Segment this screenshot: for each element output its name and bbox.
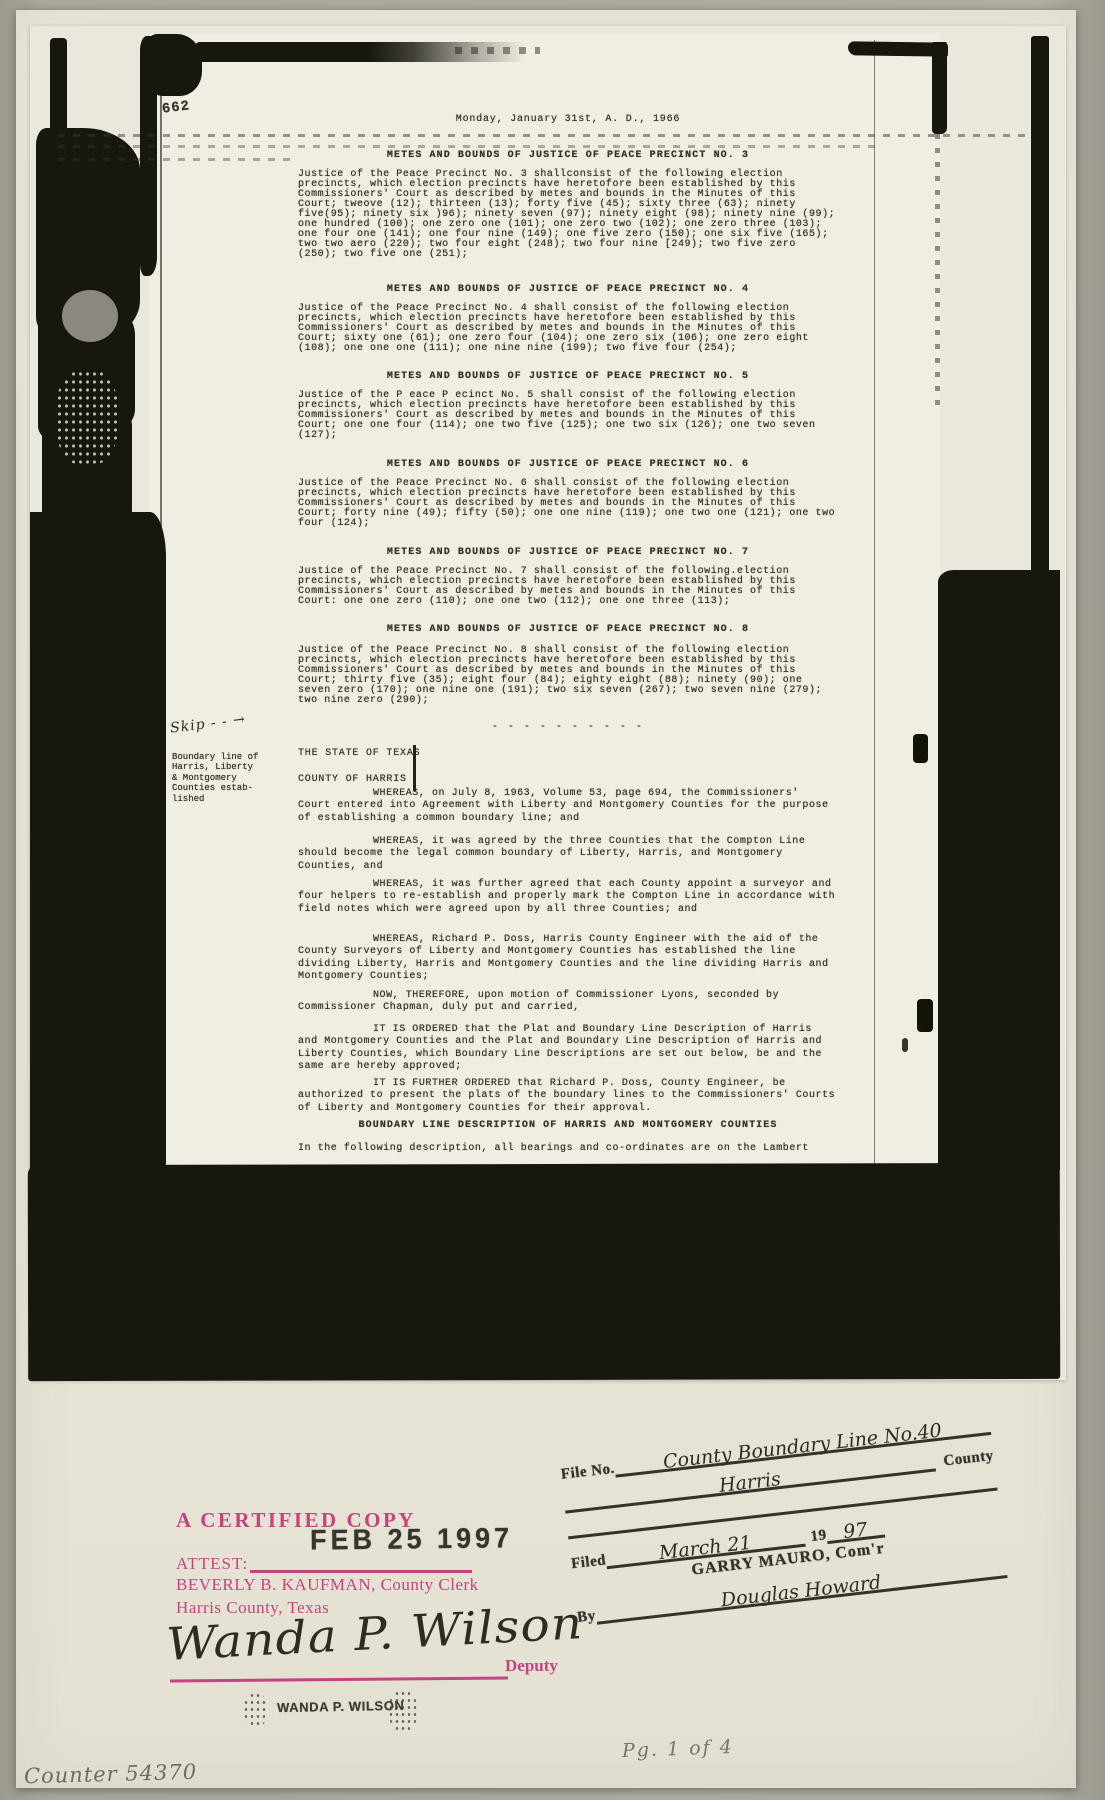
binder-mark [917, 999, 933, 1032]
date-line: Monday, January 31st, A. D., 1966 [298, 114, 838, 125]
whereas-paragraph-1: WHEREAS, on July 8, 1963, Volume 53, pag… [298, 788, 838, 825]
county-clerk-name: BEVERLY B. KAUFMAN, County Clerk [176, 1575, 479, 1595]
attest-line [250, 1570, 472, 1573]
bracket-line [413, 745, 416, 791]
stamp-speckle [388, 1690, 418, 1732]
by-label: By [576, 1608, 596, 1627]
photocopy-artifact-bottom-band [28, 1163, 1060, 1381]
separator-dashes: - - - - - - - - - - [298, 722, 838, 733]
photocopy-artifact-streak-tail [455, 47, 540, 54]
boundary-description-heading: BOUNDARY LINE DESCRIPTION OF HARRIS AND … [298, 1120, 838, 1131]
photocopy-artifact-dash-row [58, 134, 1033, 137]
page-number: 662 [161, 98, 191, 117]
margin-note-line: & Montgomery [172, 773, 292, 783]
margin-note-line: Boundary line of [172, 752, 292, 762]
attest-label: ATTEST: [176, 1554, 248, 1574]
deputy-label: Deputy [505, 1656, 558, 1676]
body-precinct-5: Justice of the P eace P ecinct No. 5 sha… [298, 391, 838, 441]
whereas-paragraph-4: WHEREAS, Richard P. Doss, Harris County … [298, 934, 838, 984]
body-precinct-4: Justice of the Peace Precinct No. 4 shal… [298, 304, 838, 354]
right-ruled-line [874, 40, 875, 1166]
stamp-speckle [243, 1692, 268, 1728]
whereas-paragraph-2: WHEREAS, it was agreed by the three Coun… [298, 836, 838, 873]
boundary-description-intro: In the following description, all bearin… [298, 1143, 838, 1155]
whereas-paragraph-3: WHEREAS, it was further agreed that each… [298, 879, 838, 916]
photocopy-artifact-top-blotch [146, 34, 202, 96]
county-of-harris: COUNTY OF HARRIS [298, 774, 407, 785]
photocopy-artifact-dash-row [58, 158, 293, 161]
body-precinct-7: Justice of the Peace Precinct No. 7 shal… [298, 567, 838, 607]
photocopy-artifact-right-bar [1031, 36, 1049, 576]
heading-precinct-5: METES AND BOUNDS OF JUSTICE OF PEACE PRE… [298, 371, 838, 382]
it-is-further-ordered-paragraph: IT IS FURTHER ORDERED that Richard P. Do… [298, 1078, 838, 1115]
binder-mark [913, 734, 928, 763]
photocopy-artifact-right-column [938, 570, 1060, 1170]
counter-number-note: Counter 54370 [24, 1760, 198, 1789]
body-precinct-6: Justice of the Peace Precinct No. 6 shal… [298, 479, 838, 529]
body-precinct-8: Justice of the Peace Precinct No. 8 shal… [298, 646, 838, 706]
photocopy-artifact-hook-tail [935, 134, 940, 414]
heading-precinct-3: METES AND BOUNDS OF JUSTICE OF PEACE PRE… [298, 150, 838, 161]
margin-note: Boundary line of Harris, Liberty & Montg… [172, 752, 292, 804]
photocopy-artifact-halftone [56, 370, 118, 465]
body-precinct-3: Justice of the Peace Precinct No. 3 shal… [298, 170, 838, 260]
now-therefore-paragraph: NOW, THEREFORE, upon motion of Commissio… [298, 990, 838, 1015]
margin-note-line: lished [172, 794, 292, 804]
photocopy-artifact-dash-row [58, 145, 878, 148]
document-scan: 662 Monday, January 31st, A. D., 1966 ME… [0, 0, 1105, 1800]
heading-precinct-6: METES AND BOUNDS OF JUSTICE OF PEACE PRE… [298, 459, 838, 470]
heading-precinct-4: METES AND BOUNDS OF JUSTICE OF PEACE PRE… [298, 284, 838, 295]
photocopy-artifact-light-patch [62, 290, 118, 342]
date-received-stamp: FEB 25 1997 [310, 1522, 513, 1557]
photocopy-artifact-left-column [30, 512, 166, 1170]
it-is-ordered-paragraph: IT IS ORDERED that the Plat and Boundary… [298, 1024, 838, 1074]
heading-precinct-7: METES AND BOUNDS OF JUSTICE OF PEACE PRE… [298, 547, 838, 558]
margin-note-line: Harris, Liberty [172, 762, 292, 772]
page-count-note: Pg. 1 of 4 [622, 1736, 734, 1762]
photocopy-artifact-hook [932, 42, 947, 134]
heading-precinct-8: METES AND BOUNDS OF JUSTICE OF PEACE PRE… [298, 624, 838, 635]
deputy-name-stamp: WANDA P. WILSON [277, 1698, 405, 1715]
binder-mark [902, 1038, 908, 1052]
state-of-texas: THE STATE OF TEXAS [298, 748, 420, 759]
margin-note-line: Counties estab- [172, 783, 292, 793]
